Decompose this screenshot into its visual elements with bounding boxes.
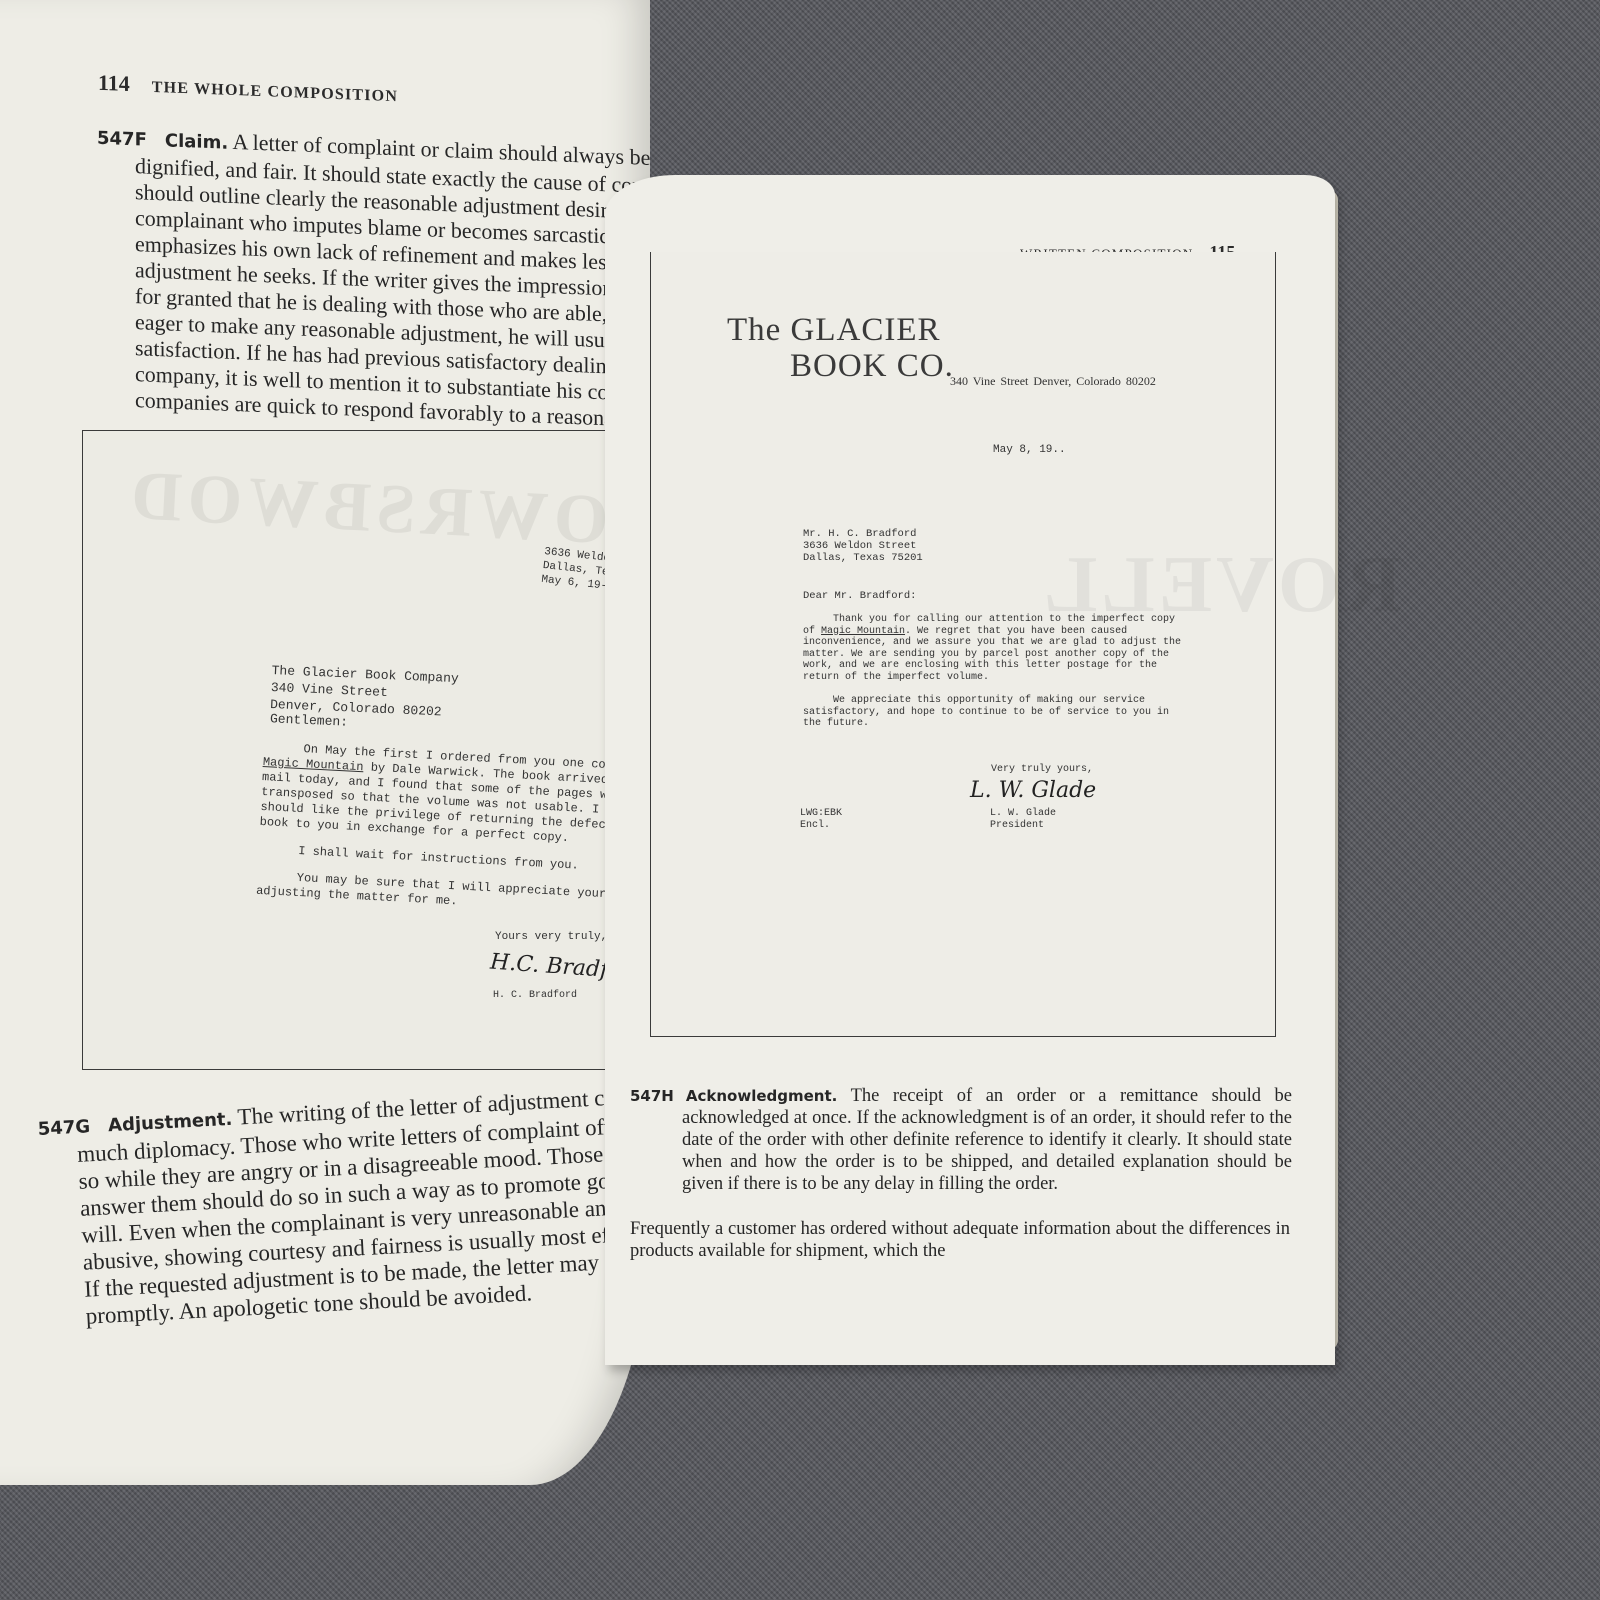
address-line: Mr. H. C. Bradford	[803, 528, 923, 540]
reference-initials-block: LWG:EBK Encl.	[800, 808, 842, 832]
adjustment-letter-salutation: Dear Mr. Bradford:	[803, 590, 916, 602]
section-heading: Adjustment.	[108, 1109, 233, 1136]
enclosure-notation: Encl.	[800, 820, 842, 832]
claim-letter-closing: Yours very truly,	[495, 930, 607, 944]
signer-title: President	[990, 820, 1056, 832]
reference-initials: LWG:EBK	[800, 808, 842, 820]
section-body: A letter of complaint or claim should al…	[135, 129, 650, 435]
adjustment-letter-date: May 8, 19..	[993, 444, 1066, 456]
adjustment-letter-body: Thank you for calling our attention to t…	[803, 614, 1193, 742]
section-heading: Acknowledgment.	[686, 1087, 837, 1105]
letterhead-address: 340 Vine Street Denver, Colorado 80202	[950, 374, 1156, 389]
claim-letter-body: On May the first I ordered from you one …	[255, 740, 643, 931]
address-line: 3636 Weldon Street	[803, 540, 923, 552]
adjustment-letter-closing: Very truly yours,	[991, 764, 1093, 775]
signer-name: L. W. Glade	[990, 808, 1056, 820]
signature-glade: L. W. Glade	[970, 778, 1096, 803]
section-547g-adjustment: 547GAdjustment. The writing of the lette…	[75, 1081, 686, 1330]
book-title: Magic Mountain	[821, 626, 905, 637]
letterhead-company-name-line2: BOOK CO.	[790, 348, 954, 385]
section-heading: Claim.	[165, 130, 228, 153]
section-547f-claim: 547FClaim. A letter of complaint or clai…	[135, 125, 650, 437]
running-head-left: 114 THE WHOLE COMPOSITION	[98, 70, 398, 108]
adjustment-letter-recipient-address: Mr. H. C. Bradford 3636 Weldon Street Da…	[803, 528, 923, 564]
letterhead-company-name-line1: The GLACIER	[727, 312, 941, 349]
adjustment-letter-signer: L. W. Glade President	[990, 808, 1056, 832]
page-number-left: 114	[98, 70, 130, 97]
section-label: 547G	[37, 1116, 90, 1140]
address-line: Dallas, Texas 75201	[803, 552, 923, 564]
section-547h-continuation: Frequently a customer has ordered withou…	[630, 1218, 1290, 1262]
letter-paragraph: We appreciate this opportunity of making…	[803, 695, 1193, 730]
section-label: 547F	[97, 128, 147, 151]
section-label: 547H	[630, 1087, 674, 1105]
section-547h-acknowledgment: 547HAcknowledgment. The receipt of an or…	[682, 1085, 1292, 1195]
letter-paragraph: On May the first I ordered from you one …	[259, 740, 643, 850]
letter-paragraph: Thank you for calling our attention to t…	[803, 614, 1193, 683]
running-head-title-left: THE WHOLE COMPOSITION	[152, 79, 398, 106]
claim-letter-signer: H. C. Bradford	[493, 990, 577, 1001]
letter-paragraph: You may be sure that I will appreciate y…	[256, 869, 637, 919]
